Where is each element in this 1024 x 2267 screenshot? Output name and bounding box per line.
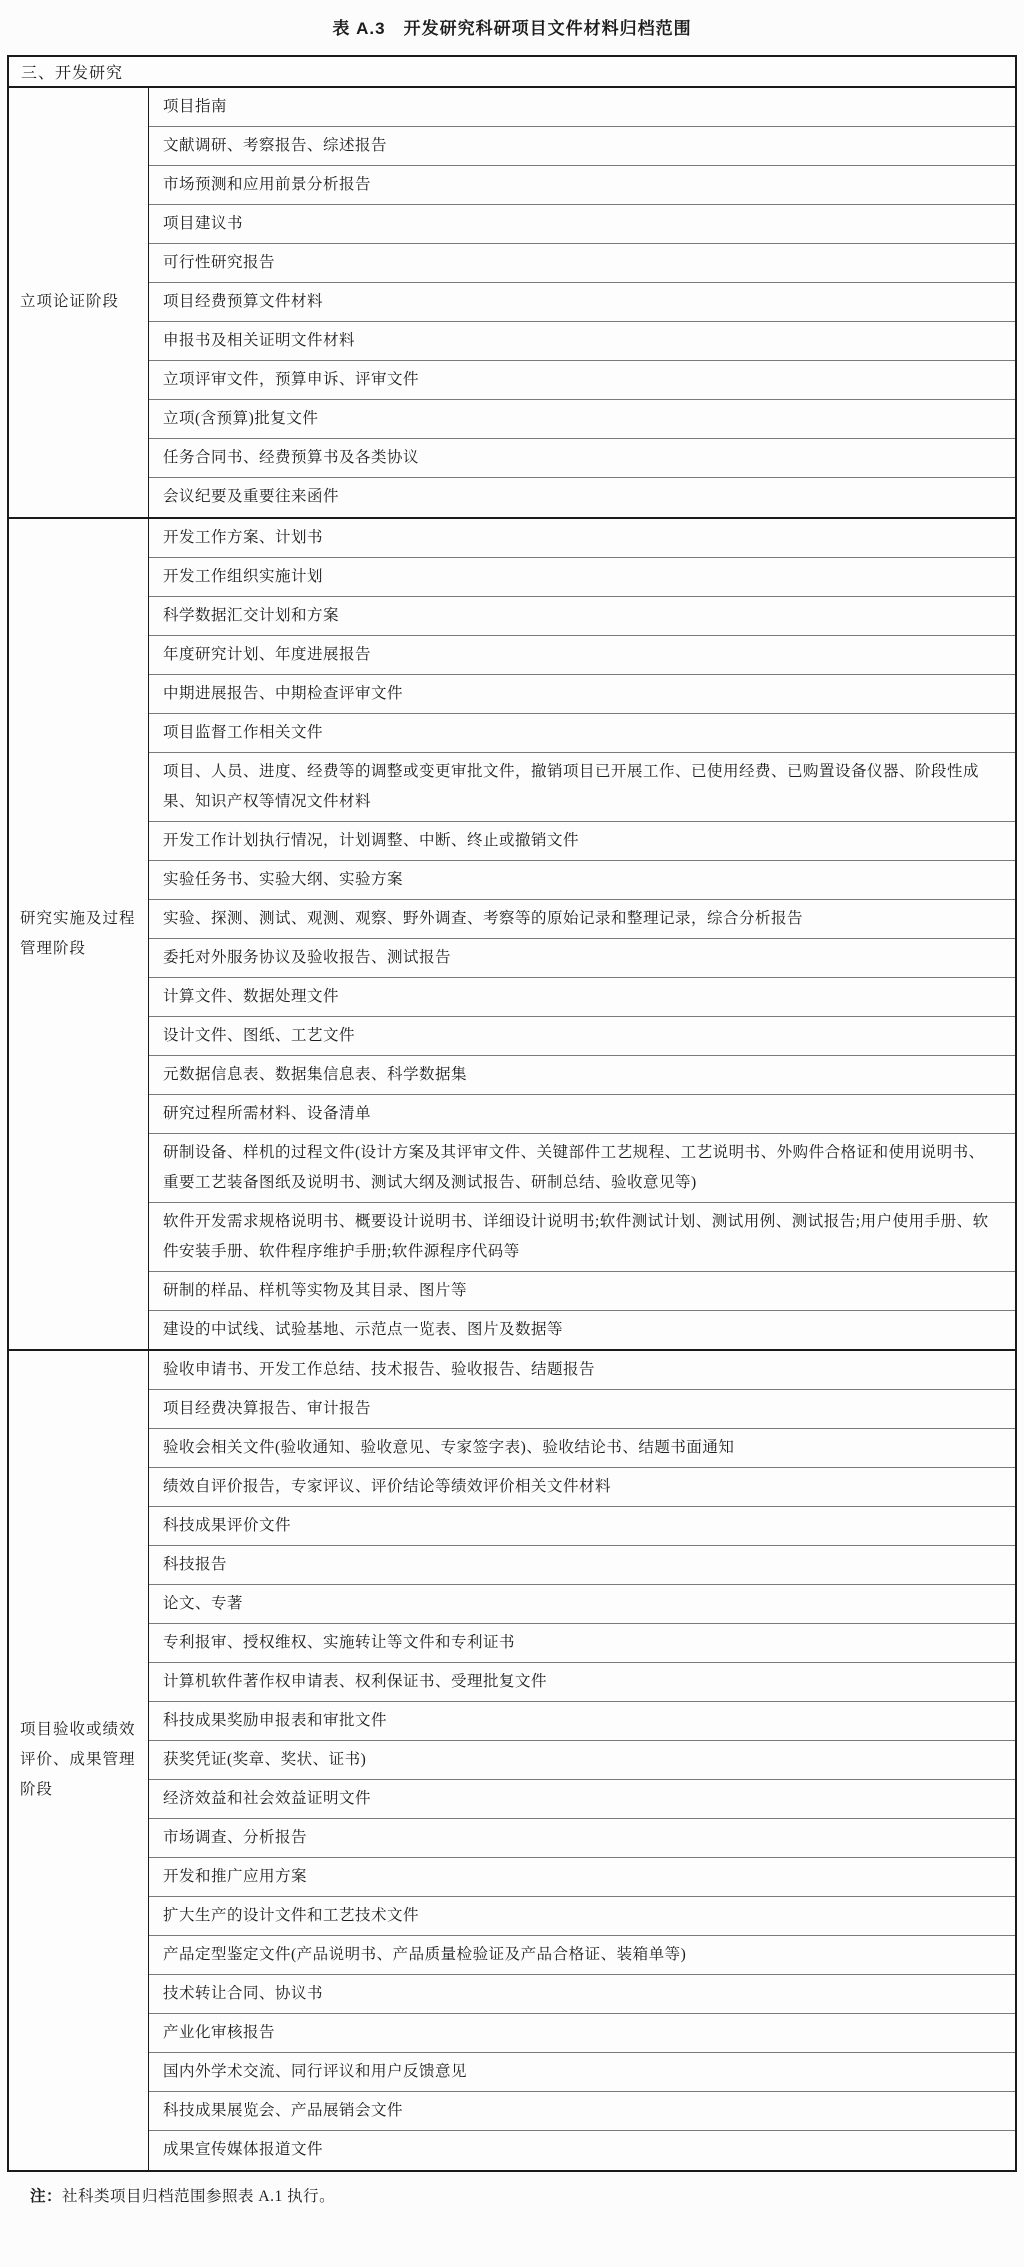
- item-row: 设计文件、图纸、工艺文件: [149, 1017, 1015, 1056]
- item-row: 科技成果评价文件: [149, 1507, 1015, 1546]
- item-row: 绩效自评价报告，专家评议、评价结论等绩效评价相关文件材料: [149, 1468, 1015, 1507]
- item-row: 验收会相关文件(验收通知、验收意见、专家签字表)、验收结论书、结题书面通知: [149, 1429, 1015, 1468]
- stage-items: 验收申请书、开发工作总结、技术报告、验收报告、结题报告项目经费决算报告、审计报告…: [149, 1351, 1015, 2170]
- item-row: 研制的样品、样机等实物及其目录、图片等: [149, 1272, 1015, 1311]
- item-text: 项目指南: [163, 92, 227, 122]
- item-text: 会议纪要及重要往来函件: [163, 482, 339, 512]
- item-text: 科技报告: [163, 1550, 227, 1580]
- item-text: 建设的中试线、试验基地、示范点一览表、图片及数据等: [163, 1315, 563, 1345]
- footnote-text: 社科类项目归档范围参照表 A.1 执行。: [62, 2188, 335, 2205]
- item-row: 计算机软件著作权申请表、权利保证书、受理批复文件: [149, 1663, 1015, 1702]
- stage-label: 项目验收或绩效评价、成果管理阶段: [9, 1351, 149, 2170]
- item-text: 软件开发需求规格说明书、概要设计说明书、详细设计说明书;软件测试计划、测试用例、…: [163, 1207, 999, 1267]
- item-row: 立项评审文件，预算申诉、评审文件: [149, 361, 1015, 400]
- footnote-label: 注：: [30, 2188, 62, 2205]
- item-text: 项目、人员、进度、经费等的调整或变更审批文件，撤销项目已开展工作、已使用经费、已…: [163, 757, 999, 817]
- item-text: 研究过程所需材料、设备清单: [163, 1099, 371, 1129]
- item-row: 研究过程所需材料、设备清单: [149, 1095, 1015, 1134]
- item-text: 立项评审文件，预算申诉、评审文件: [163, 365, 419, 395]
- item-text: 开发和推广应用方案: [163, 1862, 307, 1892]
- item-row: 扩大生产的设计文件和工艺技术文件: [149, 1897, 1015, 1936]
- item-row: 建设的中试线、试验基地、示范点一览表、图片及数据等: [149, 1311, 1015, 1350]
- stage-group: 研究实施及过程管理阶段开发工作方案、计划书开发工作组织实施计划科学数据汇交计划和…: [9, 519, 1015, 1352]
- item-text: 申报书及相关证明文件材料: [163, 326, 355, 356]
- item-text: 科学数据汇交计划和方案: [163, 601, 339, 631]
- item-row: 项目经费预算文件材料: [149, 283, 1015, 322]
- item-text: 技术转让合同、协议书: [163, 1979, 323, 2009]
- item-row: 市场预测和应用前景分析报告: [149, 166, 1015, 205]
- item-text: 论文、专著: [163, 1589, 243, 1619]
- item-text: 中期进展报告、中期检查评审文件: [163, 679, 403, 709]
- item-row: 文献调研、考察报告、综述报告: [149, 127, 1015, 166]
- item-row: 专利报审、授权维权、实施转让等文件和专利证书: [149, 1624, 1015, 1663]
- item-text: 科技成果展览会、产品展销会文件: [163, 2096, 403, 2126]
- item-text: 研制的样品、样机等实物及其目录、图片等: [163, 1276, 467, 1306]
- item-text: 委托对外服务协议及验收报告、测试报告: [163, 943, 451, 973]
- item-row: 会议纪要及重要往来函件: [149, 478, 1015, 517]
- item-row: 可行性研究报告: [149, 244, 1015, 283]
- table-caption: 表 A.3开发研究科研项目文件材料归档范围: [0, 0, 1024, 55]
- item-text: 验收申请书、开发工作总结、技术报告、验收报告、结题报告: [163, 1355, 595, 1385]
- item-row: 开发工作方案、计划书: [149, 519, 1015, 558]
- item-text: 可行性研究报告: [163, 248, 275, 278]
- item-text: 任务合同书、经费预算书及各类协议: [163, 443, 419, 473]
- item-row: 论文、专著: [149, 1585, 1015, 1624]
- item-row: 开发和推广应用方案: [149, 1858, 1015, 1897]
- item-text: 开发工作计划执行情况，计划调整、中断、终止或撤销文件: [163, 826, 579, 856]
- item-text: 立项(含预算)批复文件: [163, 404, 318, 434]
- item-text: 项目监督工作相关文件: [163, 718, 323, 748]
- item-text: 验收会相关文件(验收通知、验收意见、专家签字表)、验收结论书、结题书面通知: [163, 1433, 734, 1463]
- item-text: 计算机软件著作权申请表、权利保证书、受理批复文件: [163, 1667, 547, 1697]
- item-text: 科技成果评价文件: [163, 1511, 291, 1541]
- item-text: 元数据信息表、数据集信息表、科学数据集: [163, 1060, 467, 1090]
- item-row: 产业化审核报告: [149, 2014, 1015, 2053]
- item-row: 获奖凭证(奖章、奖状、证书): [149, 1741, 1015, 1780]
- item-text: 开发工作方案、计划书: [163, 523, 323, 553]
- item-row: 研制设备、样机的过程文件(设计方案及其评审文件、关键部件工艺规程、工艺说明书、外…: [149, 1134, 1015, 1203]
- item-row: 实验、探测、测试、观测、观察、野外调查、考察等的原始记录和整理记录，综合分析报告: [149, 900, 1015, 939]
- item-row: 技术转让合同、协议书: [149, 1975, 1015, 2014]
- item-row: 科技成果展览会、产品展销会文件: [149, 2092, 1015, 2131]
- item-text: 产品定型鉴定文件(产品说明书、产品质量检验证及产品合格证、装箱单等): [163, 1940, 686, 1970]
- item-row: 开发工作组织实施计划: [149, 558, 1015, 597]
- item-row: 立项(含预算)批复文件: [149, 400, 1015, 439]
- item-text: 项目建议书: [163, 209, 243, 239]
- item-row: 项目经费决算报告、审计报告: [149, 1390, 1015, 1429]
- item-row: 委托对外服务协议及验收报告、测试报告: [149, 939, 1015, 978]
- item-text: 设计文件、图纸、工艺文件: [163, 1021, 355, 1051]
- item-row: 年度研究计划、年度进展报告: [149, 636, 1015, 675]
- item-text: 经济效益和社会效益证明文件: [163, 1784, 371, 1814]
- item-text: 年度研究计划、年度进展报告: [163, 640, 371, 670]
- item-text: 产业化审核报告: [163, 2018, 275, 2048]
- item-row: 市场调查、分析报告: [149, 1819, 1015, 1858]
- item-text: 项目经费决算报告、审计报告: [163, 1394, 371, 1424]
- item-text: 专利报审、授权维权、实施转让等文件和专利证书: [163, 1628, 515, 1658]
- item-row: 产品定型鉴定文件(产品说明书、产品质量检验证及产品合格证、装箱单等): [149, 1936, 1015, 1975]
- footnote: 注：社科类项目归档范围参照表 A.1 执行。: [30, 2184, 1024, 2206]
- item-row: 项目建议书: [149, 205, 1015, 244]
- stage-label: 立项论证阶段: [9, 88, 149, 517]
- item-text: 绩效自评价报告，专家评议、评价结论等绩效评价相关文件材料: [163, 1472, 611, 1502]
- item-row: 任务合同书、经费预算书及各类协议: [149, 439, 1015, 478]
- item-text: 获奖凭证(奖章、奖状、证书): [163, 1745, 366, 1775]
- item-row: 项目指南: [149, 88, 1015, 127]
- item-row: 项目监督工作相关文件: [149, 714, 1015, 753]
- stage-group: 立项论证阶段项目指南文献调研、考察报告、综述报告市场预测和应用前景分析报告项目建…: [9, 88, 1015, 519]
- item-row: 成果宣传媒体报道文件: [149, 2131, 1015, 2170]
- item-row: 计算文件、数据处理文件: [149, 978, 1015, 1017]
- item-text: 科技成果奖励申报表和审批文件: [163, 1706, 387, 1736]
- stage-items: 开发工作方案、计划书开发工作组织实施计划科学数据汇交计划和方案年度研究计划、年度…: [149, 519, 1015, 1350]
- stage-items: 项目指南文献调研、考察报告、综述报告市场预测和应用前景分析报告项目建议书可行性研…: [149, 88, 1015, 517]
- item-text: 实验任务书、实验大纲、实验方案: [163, 865, 403, 895]
- item-row: 科学数据汇交计划和方案: [149, 597, 1015, 636]
- item-row: 软件开发需求规格说明书、概要设计说明书、详细设计说明书;软件测试计划、测试用例、…: [149, 1203, 1015, 1272]
- item-row: 验收申请书、开发工作总结、技术报告、验收报告、结题报告: [149, 1351, 1015, 1390]
- item-text: 文献调研、考察报告、综述报告: [163, 131, 387, 161]
- archive-scope-table: 三、开发研究 立项论证阶段项目指南文献调研、考察报告、综述报告市场预测和应用前景…: [7, 55, 1017, 2172]
- stage-label: 研究实施及过程管理阶段: [9, 519, 149, 1350]
- item-row: 科技报告: [149, 1546, 1015, 1585]
- item-row: 开发工作计划执行情况，计划调整、中断、终止或撤销文件: [149, 822, 1015, 861]
- item-text: 市场调查、分析报告: [163, 1823, 307, 1853]
- item-row: 元数据信息表、数据集信息表、科学数据集: [149, 1056, 1015, 1095]
- item-text: 计算文件、数据处理文件: [163, 982, 339, 1012]
- item-text: 实验、探测、测试、观测、观察、野外调查、考察等的原始记录和整理记录，综合分析报告: [163, 904, 803, 934]
- item-row: 实验任务书、实验大纲、实验方案: [149, 861, 1015, 900]
- item-text: 扩大生产的设计文件和工艺技术文件: [163, 1901, 419, 1931]
- item-text: 国内外学术交流、同行评议和用户反馈意见: [163, 2057, 467, 2087]
- item-row: 经济效益和社会效益证明文件: [149, 1780, 1015, 1819]
- item-row: 申报书及相关证明文件材料: [149, 322, 1015, 361]
- item-text: 项目经费预算文件材料: [163, 287, 323, 317]
- item-row: 项目、人员、进度、经费等的调整或变更审批文件，撤销项目已开展工作、已使用经费、已…: [149, 753, 1015, 822]
- stage-group: 项目验收或绩效评价、成果管理阶段验收申请书、开发工作总结、技术报告、验收报告、结…: [9, 1351, 1015, 2170]
- stage-groups: 立项论证阶段项目指南文献调研、考察报告、综述报告市场预测和应用前景分析报告项目建…: [9, 88, 1015, 2170]
- item-text: 成果宣传媒体报道文件: [163, 2135, 323, 2165]
- table-caption-text: 开发研究科研项目文件材料归档范围: [404, 19, 692, 38]
- item-row: 中期进展报告、中期检查评审文件: [149, 675, 1015, 714]
- item-row: 科技成果奖励申报表和审批文件: [149, 1702, 1015, 1741]
- item-text: 市场预测和应用前景分析报告: [163, 170, 371, 200]
- item-row: 国内外学术交流、同行评议和用户反馈意见: [149, 2053, 1015, 2092]
- item-text: 开发工作组织实施计划: [163, 562, 323, 592]
- item-text: 研制设备、样机的过程文件(设计方案及其评审文件、关键部件工艺规程、工艺说明书、外…: [163, 1138, 999, 1198]
- table-caption-number: 表 A.3: [332, 19, 385, 38]
- section-header: 三、开发研究: [9, 57, 1015, 88]
